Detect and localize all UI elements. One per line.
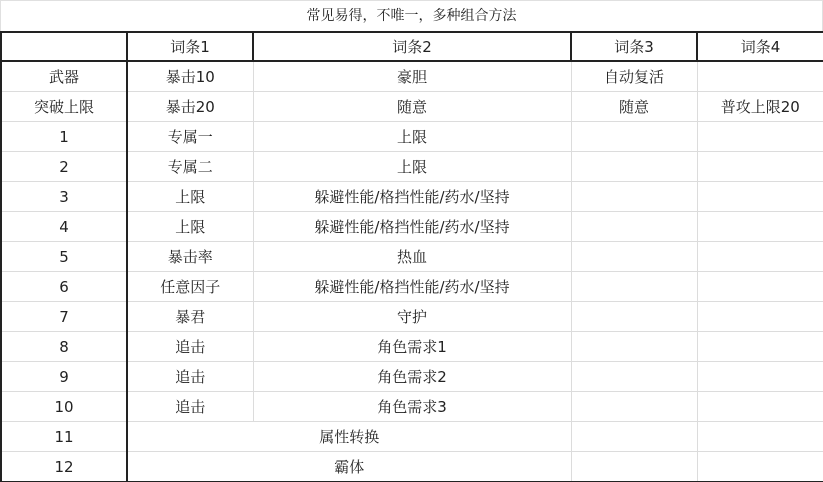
table-row: 10 追击 角色需求3 bbox=[1, 392, 823, 422]
row-label: 5 bbox=[1, 242, 127, 272]
row-label: 武器 bbox=[1, 61, 127, 92]
table-row: 4 上限 躲避性能/格挡性能/药水/坚持 bbox=[1, 212, 823, 242]
cell: 任意因子 bbox=[127, 272, 253, 302]
table-row: 8 追击 角色需求1 bbox=[1, 332, 823, 362]
cell: 追击 bbox=[127, 362, 253, 392]
row-label: 12 bbox=[1, 452, 127, 482]
cell bbox=[697, 302, 823, 332]
row-label: 9 bbox=[1, 362, 127, 392]
cell: 随意 bbox=[253, 92, 571, 122]
table-row: 突破上限 暴击20 随意 随意 普攻上限20 bbox=[1, 92, 823, 122]
row-label: 8 bbox=[1, 332, 127, 362]
row-label: 10 bbox=[1, 392, 127, 422]
cell: 上限 bbox=[253, 152, 571, 182]
table-row: 3 上限 躲避性能/格挡性能/药水/坚持 bbox=[1, 182, 823, 212]
table-row: 12 霸体 bbox=[1, 452, 823, 482]
cell bbox=[571, 332, 697, 362]
table-row: 7 暴君 守护 bbox=[1, 302, 823, 332]
cell: 暴击10 bbox=[127, 61, 253, 92]
row-label: 3 bbox=[1, 182, 127, 212]
cell bbox=[571, 422, 697, 452]
cell bbox=[697, 362, 823, 392]
cell: 随意 bbox=[571, 92, 697, 122]
table-title: 常见易得，不唯一，多种组合方法 bbox=[0, 0, 823, 31]
table-row: 11 属性转换 bbox=[1, 422, 823, 452]
cell: 角色需求2 bbox=[253, 362, 571, 392]
cell bbox=[697, 182, 823, 212]
cell: 躲避性能/格挡性能/药水/坚持 bbox=[253, 212, 571, 242]
row-label: 2 bbox=[1, 152, 127, 182]
table-row: 1 专属一 上限 bbox=[1, 122, 823, 152]
cell bbox=[571, 212, 697, 242]
cell: 角色需求1 bbox=[253, 332, 571, 362]
cell: 角色需求3 bbox=[253, 392, 571, 422]
cell: 热血 bbox=[253, 242, 571, 272]
row-label: 突破上限 bbox=[1, 92, 127, 122]
header-row: 词条1 词条2 词条3 词条4 bbox=[1, 32, 823, 61]
cell: 自动复活 bbox=[571, 61, 697, 92]
cell bbox=[571, 392, 697, 422]
header-cell-affix2: 词条2 bbox=[253, 32, 571, 61]
merged-cell: 属性转换 bbox=[127, 422, 571, 452]
cell bbox=[571, 182, 697, 212]
cell: 上限 bbox=[127, 212, 253, 242]
cell: 追击 bbox=[127, 332, 253, 362]
cell: 上限 bbox=[127, 182, 253, 212]
cell bbox=[697, 452, 823, 482]
cell bbox=[571, 122, 697, 152]
merged-cell: 霸体 bbox=[127, 452, 571, 482]
table-row: 5 暴击率 热血 bbox=[1, 242, 823, 272]
cell: 躲避性能/格挡性能/药水/坚持 bbox=[253, 182, 571, 212]
cell bbox=[697, 61, 823, 92]
cell: 豪胆 bbox=[253, 61, 571, 92]
header-cell-affix3: 词条3 bbox=[571, 32, 697, 61]
cell bbox=[571, 272, 697, 302]
cell bbox=[697, 242, 823, 272]
header-cell-empty bbox=[1, 32, 127, 61]
cell: 追击 bbox=[127, 392, 253, 422]
table-row: 武器 暴击10 豪胆 自动复活 bbox=[1, 61, 823, 92]
cell bbox=[697, 272, 823, 302]
cell bbox=[697, 392, 823, 422]
header-cell-affix4: 词条4 bbox=[697, 32, 823, 61]
affix-table: 词条1 词条2 词条3 词条4 武器 暴击10 豪胆 自动复活 突破上限 暴击2… bbox=[0, 31, 823, 482]
table-row: 2 专属二 上限 bbox=[1, 152, 823, 182]
cell: 守护 bbox=[253, 302, 571, 332]
cell: 普攻上限20 bbox=[697, 92, 823, 122]
cell bbox=[571, 152, 697, 182]
cell: 上限 bbox=[253, 122, 571, 152]
table-row: 6 任意因子 躲避性能/格挡性能/药水/坚持 bbox=[1, 272, 823, 302]
cell: 躲避性能/格挡性能/药水/坚持 bbox=[253, 272, 571, 302]
cell: 暴君 bbox=[127, 302, 253, 332]
table-row: 9 追击 角色需求2 bbox=[1, 362, 823, 392]
cell: 暴击20 bbox=[127, 92, 253, 122]
cell bbox=[571, 452, 697, 482]
row-label: 1 bbox=[1, 122, 127, 152]
row-label: 4 bbox=[1, 212, 127, 242]
cell bbox=[697, 422, 823, 452]
cell: 专属二 bbox=[127, 152, 253, 182]
cell bbox=[697, 152, 823, 182]
cell bbox=[571, 242, 697, 272]
cell bbox=[697, 122, 823, 152]
header-cell-affix1: 词条1 bbox=[127, 32, 253, 61]
row-label: 6 bbox=[1, 272, 127, 302]
cell bbox=[571, 362, 697, 392]
cell bbox=[697, 332, 823, 362]
cell bbox=[697, 212, 823, 242]
row-label: 7 bbox=[1, 302, 127, 332]
cell: 暴击率 bbox=[127, 242, 253, 272]
cell: 专属一 bbox=[127, 122, 253, 152]
cell bbox=[571, 302, 697, 332]
row-label: 11 bbox=[1, 422, 127, 452]
